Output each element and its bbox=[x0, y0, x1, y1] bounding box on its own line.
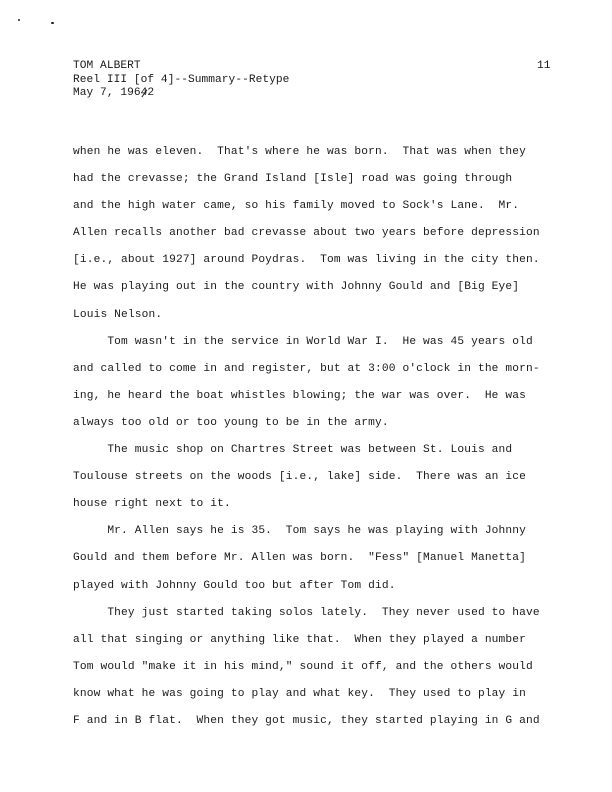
page-number: 11 bbox=[537, 60, 550, 74]
document-page: TOM ALBERT Reel III [of 4]--Summary--Ret… bbox=[0, 0, 612, 792]
scan-speck bbox=[18, 19, 20, 21]
transcript-line: The music shop on Chartres Street was be… bbox=[73, 442, 573, 469]
transcript-line: played with Johnny Gould too but after T… bbox=[73, 578, 573, 605]
struck-digit: 4 bbox=[141, 87, 148, 101]
transcript-line: always too old or too young to be in the… bbox=[73, 415, 573, 442]
document-header: TOM ALBERT Reel III [of 4]--Summary--Ret… bbox=[73, 60, 289, 101]
transcript-line: Tom wasn't in the service in World War I… bbox=[73, 334, 573, 361]
transcript-line: Mr. Allen says he is 35. Tom says he was… bbox=[73, 523, 573, 550]
transcript-line: [i.e., about 1927] around Poydras. Tom w… bbox=[73, 252, 573, 279]
transcript-line: Gould and them before Mr. Allen was born… bbox=[73, 550, 573, 577]
scan-speck bbox=[51, 22, 54, 24]
transcript-line: and called to come in and register, but … bbox=[73, 361, 573, 388]
transcript-line: and the high water came, so his family m… bbox=[73, 198, 573, 225]
transcript-line: F and in B flat. When they got music, th… bbox=[73, 713, 573, 740]
transcript-body: when he was eleven. That's where he was … bbox=[73, 144, 573, 740]
transcript-line: Tom would "make it in his mind," sound i… bbox=[73, 659, 573, 686]
transcript-line: They just started taking solos lately. T… bbox=[73, 605, 573, 632]
interviewee-name: TOM ALBERT bbox=[73, 60, 289, 74]
transcript-line: He was playing out in the country with J… bbox=[73, 279, 573, 306]
interview-date: May 7, 19642 bbox=[73, 87, 289, 101]
reel-info: Reel III [of 4]--Summary--Retype bbox=[73, 74, 289, 88]
transcript-line: house right next to it. bbox=[73, 496, 573, 523]
transcript-line: when he was eleven. That's where he was … bbox=[73, 144, 573, 171]
transcript-line: know what he was going to play and what … bbox=[73, 686, 573, 713]
transcript-line: ing, he heard the boat whistles blowing;… bbox=[73, 388, 573, 415]
transcript-line: had the crevasse; the Grand Island [Isle… bbox=[73, 171, 573, 198]
transcript-line: Toulouse streets on the woods [i.e., lak… bbox=[73, 469, 573, 496]
transcript-line: Louis Nelson. bbox=[73, 307, 573, 334]
transcript-line: Allen recalls another bad crevasse about… bbox=[73, 225, 573, 252]
transcript-line: all that singing or anything like that. … bbox=[73, 632, 573, 659]
